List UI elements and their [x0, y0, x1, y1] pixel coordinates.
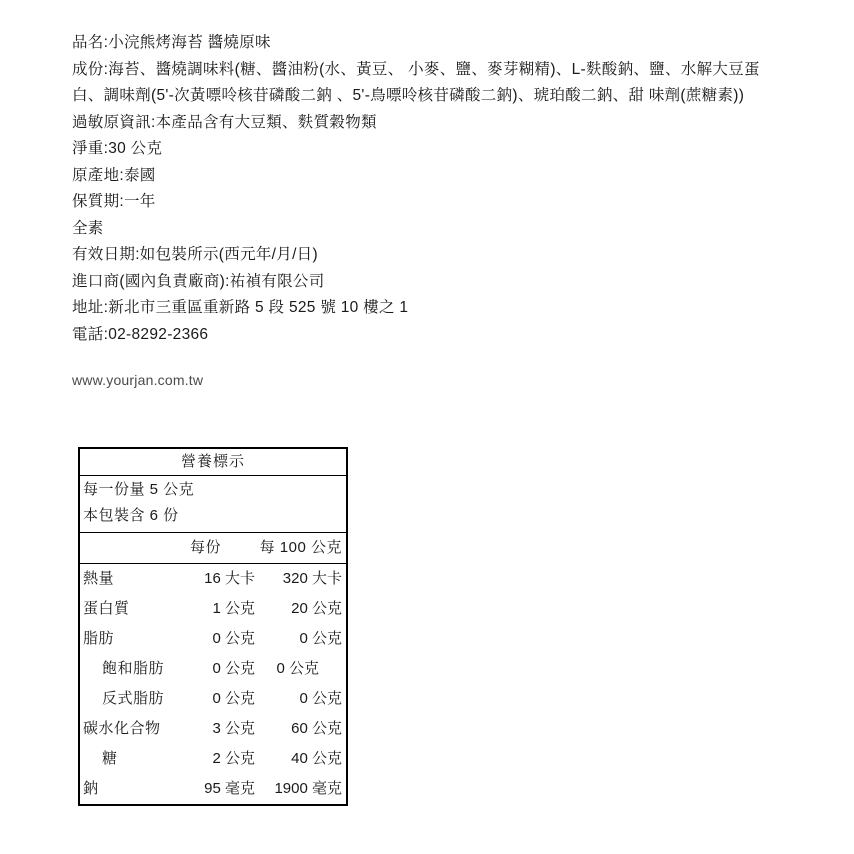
value-per-serving: 0 公克: [190, 624, 258, 654]
value-per-100g: 320 大卡: [258, 564, 346, 594]
shelf-life-line: 保質期:一年: [72, 189, 784, 216]
value-per-100g: 0 公克: [258, 684, 346, 714]
value-per-serving: 95 毫克: [190, 774, 258, 804]
phone-line: 電話:02-8292-2366: [72, 322, 784, 349]
origin-line: 原產地:泰國: [72, 163, 784, 190]
nutrient-name: 脂肪: [80, 624, 190, 654]
nutrition-row-saturated-fat: 飽和脂肪 0 公克 0 公克: [80, 654, 346, 684]
nutrition-row-calories: 熱量 16 大卡 320 大卡: [80, 564, 346, 594]
value-per-100g: 0 公克: [258, 624, 346, 654]
value-per-serving: 0 公克: [190, 684, 258, 714]
ingredients-line: 成份:海苔、醬燒調味料(糖、醬油粉(水、黃豆、 小麥、鹽、麥芽糊精)、L-麩酸鈉…: [72, 57, 784, 110]
nutrient-name: 碳水化合物: [80, 714, 190, 744]
importer-line: 進口商(國內負責廠商):祐禎有限公司: [72, 269, 784, 296]
nutrition-row-sugar: 糖 2 公克 40 公克: [80, 744, 346, 774]
product-label-page: 品名:小浣熊烤海苔 醬燒原味 成份:海苔、醬燒調味料(糖、醬油粉(水、黃豆、 小…: [0, 0, 854, 854]
net-weight-line: 淨重:30 公克: [72, 136, 784, 163]
nutrition-row-trans-fat: 反式脂肪 0 公克 0 公克: [80, 684, 346, 714]
nutrition-row-protein: 蛋白質 1 公克 20 公克: [80, 594, 346, 624]
value-per-100g: 0 公克: [258, 654, 346, 684]
nutrient-name: 反式脂肪: [80, 684, 190, 714]
servings-per-pack: 本包裝含 6 份: [80, 503, 346, 529]
value-per-100g: 40 公克: [258, 744, 346, 774]
value-per-serving: 0 公克: [190, 654, 258, 684]
address-line: 地址:新北市三重區重新路 5 段 525 號 10 樓之 1: [72, 295, 784, 322]
value-per-serving: 2 公克: [190, 744, 258, 774]
value-per-serving: 1 公克: [190, 594, 258, 624]
nutrition-row-sodium: 鈉 95 毫克 1900 毫克: [80, 774, 346, 804]
website-url: www.yourjan.com.tw: [72, 372, 203, 388]
nutrition-row-fat: 脂肪 0 公克 0 公克: [80, 624, 346, 654]
vegan-line: 全素: [72, 216, 784, 243]
column-header-spacer: [80, 533, 190, 563]
value-per-100g: 60 公克: [258, 714, 346, 744]
column-header-per-serving: 每份: [190, 533, 258, 563]
allergen-line: 過敏原資訊:本產品含有大豆類、麩質穀物類: [72, 110, 784, 137]
nutrition-row-carbohydrate: 碳水化合物 3 公克 60 公克: [80, 714, 346, 744]
expiry-date-line: 有效日期:如包裝所示(西元年/月/日): [72, 242, 784, 269]
column-header-row: 每份 每 100 公克: [80, 533, 346, 564]
nutrient-name: 蛋白質: [80, 594, 190, 624]
nutrient-name: 飽和脂肪: [80, 654, 190, 684]
nutrition-rows: 熱量 16 大卡 320 大卡 蛋白質 1 公克 20 公克 脂肪 0 公克 0…: [80, 564, 346, 804]
value-per-serving: 16 大卡: [190, 564, 258, 594]
nutrient-name: 糖: [80, 744, 190, 774]
product-name-line: 品名:小浣熊烤海苔 醬燒原味: [72, 30, 784, 57]
nutrition-title: 營養標示: [80, 449, 346, 476]
column-header-per-100g: 每 100 公克: [258, 533, 346, 563]
serving-size: 每一份量 5 公克: [80, 477, 346, 503]
nutrient-name: 熱量: [80, 564, 190, 594]
value-per-100g: 1900 毫克: [258, 774, 346, 804]
value-per-serving: 3 公克: [190, 714, 258, 744]
serving-info-section: 每一份量 5 公克 本包裝含 6 份: [80, 476, 346, 533]
product-info-block: 品名:小浣熊烤海苔 醬燒原味 成份:海苔、醬燒調味料(糖、醬油粉(水、黃豆、 小…: [72, 30, 784, 348]
value-per-100g: 20 公克: [258, 594, 346, 624]
nutrition-table: 營養標示 每一份量 5 公克 本包裝含 6 份 每份 每 100 公克 熱量 1…: [78, 447, 348, 806]
nutrient-name: 鈉: [80, 774, 190, 804]
